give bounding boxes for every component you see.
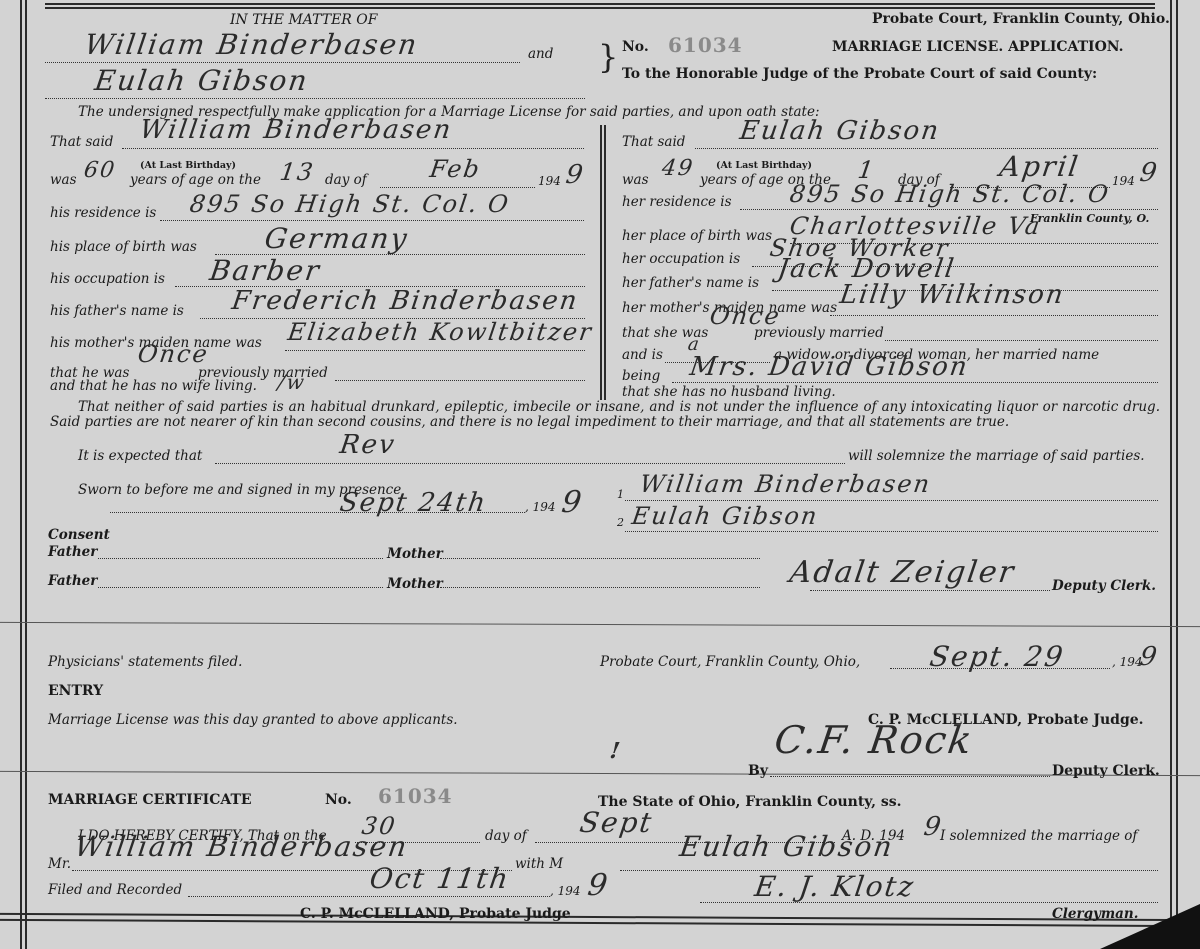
bottom-rule-2 <box>0 919 1200 927</box>
groom-father: Frederich Binderbasen <box>230 286 581 316</box>
solemnized-label: I solemnized the marriage of <box>940 828 1137 844</box>
groom-birthplace-label: his place of birth was <box>50 239 197 255</box>
right-border-inner <box>1170 0 1172 949</box>
center-divider-1 <box>600 125 602 400</box>
form-title: MARRIAGE LICENSE. APPLICATION. <box>832 39 1124 55</box>
certificate-title: MARRIAGE CERTIFICATE <box>48 792 252 808</box>
groom-mother-line <box>285 350 585 351</box>
by-signature-line <box>770 776 1050 777</box>
solemnize-line <box>215 463 845 464</box>
brace-icon: } <box>598 38 618 76</box>
groom-wife-label: and that he has no wife living. <box>50 378 257 394</box>
applicant-signature-2: Eulah Gibson <box>630 502 820 530</box>
bride-birthday-note: (At Last Birthday) <box>716 160 812 171</box>
court-name: Probate Court, Franklin County, Ohio. <box>872 11 1170 27</box>
certify-month: Sept <box>578 806 656 839</box>
top-rule-1 <box>45 3 1155 5</box>
groom-was-label: was <box>50 172 77 188</box>
bride-name: Eulah Gibson <box>738 116 942 146</box>
groom-prev-value: Once <box>136 340 211 368</box>
bride-mother: Lilly Wilkinson <box>838 280 1067 310</box>
bride-was-label: was <box>622 172 649 188</box>
groom-wife-note: /w <box>276 370 307 394</box>
with-label: with M <box>515 856 563 872</box>
entry-court-line: Probate Court, Franklin County, Ohio, <box>600 654 860 670</box>
groom-month: Feb <box>428 155 483 183</box>
bride-residence-line <box>740 209 1158 210</box>
section-divider-entry <box>0 622 1200 627</box>
bride-occupation-label: her occupation is <box>622 251 740 267</box>
certificate-groom-name: William Binderbasen <box>73 830 411 863</box>
bride-that-said-label: That said <box>622 134 685 150</box>
center-divider-2 <box>604 125 606 400</box>
groom-prev-line <box>335 380 585 381</box>
left-border-inner <box>25 0 27 949</box>
solemnize-label-a: It is expected that <box>78 448 202 464</box>
consent-mother-label-1: Mother <box>387 546 443 562</box>
groom-residence: 895 So High St. Col. O <box>188 190 512 218</box>
groom-father-label: his father's name is <box>50 303 184 319</box>
clergyman-signature: E. J. Klotz <box>753 870 917 903</box>
party2-line <box>45 98 585 99</box>
bride-year-suffix: 9 <box>1138 158 1161 188</box>
bride-husband-label: that she has no husband living. <box>622 384 836 400</box>
signature-2-number: 2 <box>617 516 624 529</box>
bride-month: April <box>998 150 1082 183</box>
groom-occupation-label: his occupation is <box>50 271 165 287</box>
entry-heading: ENTRY <box>48 683 103 699</box>
deputy-clerk-label: Deputy Clerk. <box>1052 578 1156 594</box>
certify-day-of-label: day of <box>485 828 527 844</box>
bride-being-label: being <box>622 368 660 384</box>
groom-day: 13 <box>278 158 316 186</box>
groom-month-line <box>380 187 535 188</box>
filed-year-suffix: 9 <box>586 868 612 903</box>
entry-date: Sept. 29 <box>928 640 1067 673</box>
bride-birthplace-label: her place of birth was <box>622 228 772 244</box>
mr-label: Mr. <box>48 856 71 872</box>
sworn-date: Sept 24th <box>338 488 489 518</box>
consent-father-line-2 <box>98 587 383 588</box>
consent-mother-label-2: Mother <box>387 576 443 592</box>
bride-residence: 895 So High St. Col. O <box>788 180 1112 208</box>
bride-mother-line <box>830 315 1158 316</box>
signature-2-line <box>625 531 1158 532</box>
entry-deputy-clerk-label: Deputy Clerk. <box>1052 763 1160 779</box>
consent-label: Consent <box>48 527 110 543</box>
groom-mother: Elizabeth Kowltbitzer <box>286 318 595 346</box>
license-number: 61034 <box>668 33 743 57</box>
solemnize-label-b: will solemnize the marriage of said part… <box>848 448 1145 464</box>
consent-mother-line-1 <box>440 558 760 559</box>
groom-birthplace: Germany <box>263 222 411 255</box>
party2-name: Eulah Gibson <box>93 64 311 97</box>
filed-year-prefix: , 194 <box>550 884 581 898</box>
officiant-value: Rev <box>338 430 398 460</box>
and-label: and <box>528 46 553 62</box>
bride-year-prefix: 194 <box>1112 174 1135 188</box>
signature-1-number: 1 <box>617 488 624 501</box>
sworn-year-suffix: 9 <box>560 485 586 520</box>
signature-1-line <box>625 500 1158 501</box>
certificate-number: 61034 <box>378 784 453 808</box>
sworn-year-prefix: , 194 <box>525 500 556 514</box>
matter-label: IN THE MATTER OF <box>230 12 377 28</box>
bride-age: 49 <box>660 156 696 181</box>
legal-statement: That neither of said parties is an habit… <box>50 400 1160 430</box>
top-rule-2 <box>45 7 1155 9</box>
groom-residence-line <box>160 220 584 221</box>
consent-father-label-1: Father <box>48 544 97 560</box>
bride-father-label: her father's name is <box>622 275 759 291</box>
consent-father-label-2: Father <box>48 573 97 589</box>
scan-corner-shadow <box>1100 904 1200 949</box>
groom-year-suffix: 9 <box>564 160 587 190</box>
bride-married-name: Mrs. David Gibson <box>688 352 971 382</box>
consent-mother-line-2 <box>440 587 760 588</box>
deputy-clerk-signature: Adalt Zeigler <box>788 555 1018 590</box>
entry-year-suffix: 9 <box>1138 642 1161 672</box>
by-label: By <box>748 763 768 779</box>
right-border-outer <box>1176 0 1178 949</box>
margin-mark: ! <box>608 738 623 764</box>
bride-married-name-line <box>672 382 1158 383</box>
marriage-license-document: IN THE MATTER OF William Binderbasen and… <box>0 0 1200 949</box>
bride-residence-label: her residence is <box>622 194 732 210</box>
groom-birthday-note: (At Last Birthday) <box>140 160 236 171</box>
by-deputy-signature: C.F. Rock <box>772 718 976 762</box>
groom-year-prefix: 194 <box>538 174 561 188</box>
clerk-signature-line <box>810 590 1050 591</box>
groom-age: 60 <box>82 158 118 183</box>
groom-day-of-label: day of <box>325 172 367 188</box>
bride-name-line <box>695 148 1158 149</box>
groom-occupation: Barber <box>208 254 323 287</box>
groom-name-line <box>122 148 584 149</box>
groom-years-label: years of age on the <box>130 172 261 188</box>
left-border-outer <box>20 0 22 949</box>
filed-date-line <box>188 896 550 897</box>
certificate-judge-name: C. P. McCLELLAND, Probate Judge <box>300 906 571 922</box>
no-label: No. <box>622 39 649 55</box>
license-granted-text: Marriage License was this day granted to… <box>48 712 458 728</box>
physicians-statement: Physicians' statements filed. <box>48 654 242 670</box>
filed-date: Oct 11th <box>368 862 512 895</box>
certificate-bride-name: Eulah Gibson <box>678 830 896 863</box>
certificate-no-label: No. <box>325 792 352 808</box>
bride-county-label: Franklin County, O. <box>1030 212 1149 225</box>
groom-name: William Binderbasen <box>138 115 454 145</box>
bride-and-is-label: and is <box>622 347 663 363</box>
consent-father-line-1 <box>98 558 383 559</box>
bride-prev-line <box>885 340 1158 341</box>
groom-that-said-label: That said <box>50 134 113 150</box>
party1-name: William Binderbasen <box>83 28 421 61</box>
groom-residence-label: his residence is <box>50 205 156 221</box>
filed-recorded-label: Filed and Recorded <box>48 882 182 898</box>
bride-prev-label-b: previously married <box>754 325 884 341</box>
address-line: To the Honorable Judge of the Probate Co… <box>622 66 1097 82</box>
applicant-signature-1: William Binderbasen <box>638 470 933 498</box>
party1-line <box>45 62 520 63</box>
